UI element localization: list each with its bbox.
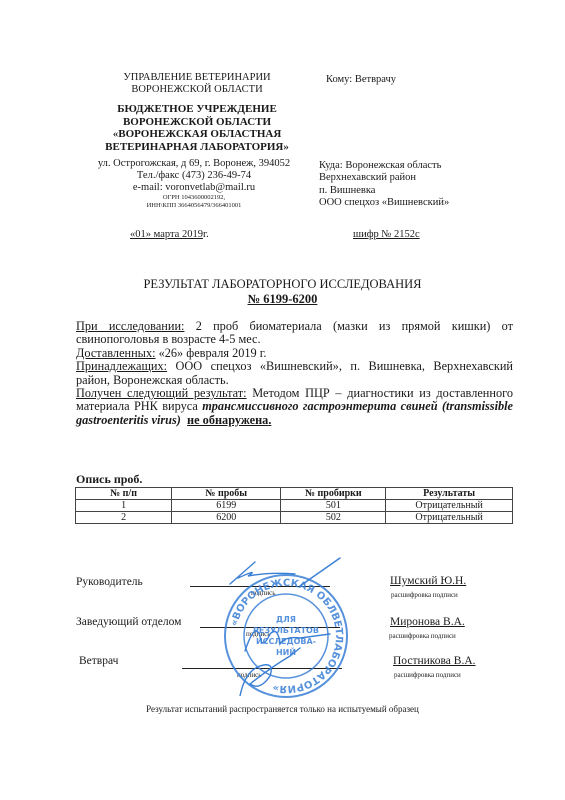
signature-role: Руководитель: [76, 576, 143, 588]
result-paragraph: Получен следующий результат: Методом ПЦР…: [76, 387, 513, 427]
document-date: «01» марта 2019г.: [130, 229, 209, 240]
signature-role: Заведующий отделом: [76, 616, 181, 628]
destination-block: Куда: Воронежская область Верхнехавский …: [319, 160, 449, 209]
table-header-row: № п/п № пробы № пробирки Результаты: [76, 488, 513, 500]
virus-name-ru: трансмиссивного гастроэнтерита свиней: [202, 399, 437, 413]
table-cell: 6199: [172, 500, 281, 512]
study-paragraph: При исследовании: 2 проб биоматериала (м…: [76, 320, 513, 347]
table-cell: 6200: [172, 512, 281, 524]
column-header: № пробирки: [281, 488, 386, 500]
signature-role: Ветврач: [79, 655, 118, 667]
handwritten-signature-icon: [200, 556, 360, 696]
report-title: РЕЗУЛЬТАТ ЛАБОРАТОРНОГО ИССЛЕДОВАНИЯ: [0, 277, 565, 292]
column-header: Результаты: [386, 488, 513, 500]
authority-line-1: УПРАВЛЕНИЕ ВЕТЕРИНАРИИ: [92, 72, 302, 84]
owner-paragraph: Принадлежащих: ООО спецхоз «Вишневский»,…: [76, 360, 513, 387]
table-row: 2 6200 502 Отрицательный: [76, 512, 513, 524]
date-value: «01» марта 2019: [130, 229, 203, 240]
table-cell: 501: [281, 500, 386, 512]
code-number: шифр № 2152с: [353, 229, 420, 240]
report-body: При исследовании: 2 проб биоматериала (м…: [76, 320, 513, 427]
table-cell: 2: [76, 512, 172, 524]
delivered-label: Доставленных:: [76, 346, 156, 360]
organization-name: БЮДЖЕТНОЕ УЧРЕЖДЕНИЕ ВОРОНЕЖСКОЙ ОБЛАСТИ…: [92, 103, 302, 153]
table-cell: 1: [76, 500, 172, 512]
org-name-line-2: ВОРОНЕЖСКОЙ ОБЛАСТИ: [92, 116, 302, 129]
table-row: 1 6199 501 Отрицательный: [76, 500, 513, 512]
table-cell: 502: [281, 512, 386, 524]
signer-name-caption: расшифровка подписи: [394, 671, 461, 679]
report-number: № 6199-6200: [0, 292, 565, 307]
report-title-block: РЕЗУЛЬТАТ ЛАБОРАТОРНОГО ИССЛЕДОВАНИЯ № 6…: [0, 277, 565, 307]
recipient: Кому: Ветврачу: [326, 74, 396, 85]
delivered-paragraph: Доставленных: «26» февраля 2019 г.: [76, 347, 513, 360]
destination-line-3: п. Вишневка: [319, 185, 449, 197]
signer-name: Миронова В.А.: [390, 616, 465, 628]
phone: Тел./факс (473) 236-49-74: [64, 170, 324, 182]
verdict-end: .: [268, 413, 271, 427]
result-label: Получен следующий результат:: [76, 386, 247, 400]
date-suffix: г.: [203, 229, 209, 240]
org-name-line-4: ВЕТЕРИНАРНАЯ ЛАБОРАТОРИЯ»: [92, 141, 302, 154]
org-name-line-1: БЮДЖЕТНОЕ УЧРЕЖДЕНИЕ: [92, 103, 302, 116]
footer-note: Результат испытаний распространяется тол…: [0, 704, 565, 714]
samples-table: № п/п № пробы № пробирки Результаты 1 61…: [75, 487, 513, 524]
signer-name-caption: расшифровка подписи: [391, 591, 458, 599]
ogrn: ОГРН 1043600002192,: [64, 194, 324, 202]
column-header: № п/п: [76, 488, 172, 500]
email: e-mail: voronvetlab@mail.ru: [64, 182, 324, 194]
contact-block: ул. Острогожская, д 69, г. Воронеж, 3940…: [64, 158, 324, 210]
destination-line-1: Куда: Воронежская область: [319, 160, 449, 172]
delivered-text: «26» февраля 2019 г.: [156, 346, 267, 360]
org-name-line-3: «ВОРОНЕЖСКАЯ ОБЛАСТНАЯ: [92, 128, 302, 141]
signer-name-caption: расшифровка подписи: [389, 632, 456, 640]
organization-header: УПРАВЛЕНИЕ ВЕТЕРИНАРИИ ВОРОНЕЖСКОЙ ОБЛАС…: [92, 72, 302, 153]
verdict: не обнаружена: [187, 413, 268, 427]
inventory-title: Опись проб.: [76, 472, 142, 487]
table-cell: Отрицательный: [386, 512, 513, 524]
signer-name: Шумский Ю.Н.: [390, 575, 466, 587]
column-header: № пробы: [172, 488, 281, 500]
owner-label: Принадлежащих:: [76, 359, 167, 373]
signer-name: Постникова В.А.: [393, 655, 476, 667]
address: ул. Острогожская, д 69, г. Воронеж, 3940…: [64, 158, 324, 170]
destination-line-2: Верхнехавский район: [319, 172, 449, 184]
table-cell: Отрицательный: [386, 500, 513, 512]
inn-kpp: ИНН\КПП 3664056479/366401001: [64, 202, 324, 210]
destination-line-4: ООО спецхоз «Вишневский»: [319, 197, 449, 209]
study-label: При исследовании:: [76, 319, 184, 333]
authority-line-2: ВОРОНЕЖСКОЙ ОБЛАСТИ: [92, 84, 302, 96]
